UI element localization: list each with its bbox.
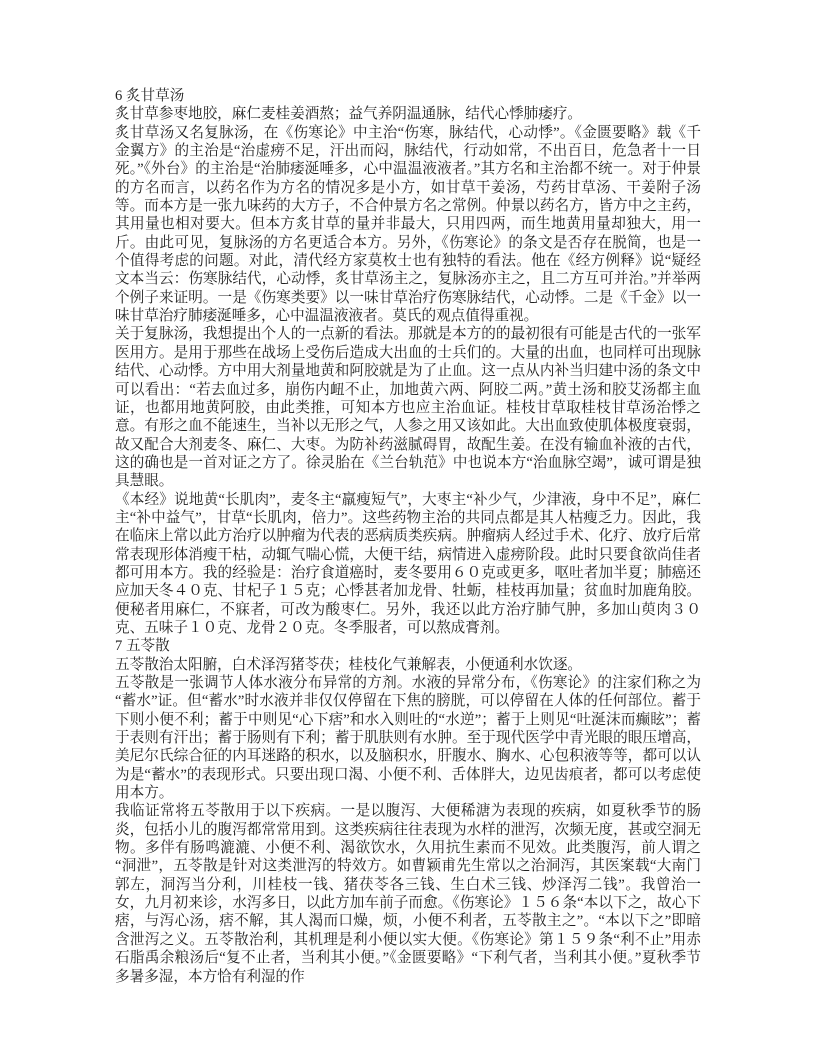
paragraph: 五苓散是一张调节人体水液分布异常的方剂。水液的异常分布，《伤寒论》的注家们称之为… [115, 674, 701, 802]
paragraph: 我临证常将五苓散用于以下疾病。一是以腹泻、大便稀溏为表现的疾病，如夏秋季节的肠炎… [115, 802, 701, 985]
formula-verse: 五苓散治太阳腑，白术泽泻猪苓茯；桂枝化气兼解表，小便通利水饮逐。 [115, 656, 701, 674]
paragraph: 《本经》说地黄“长肌肉”，麦冬主“羸瘦短气”，大枣主“补少气，少津液，身中不足”… [115, 491, 701, 638]
section-zhigancao-tang: 6 炙甘草汤 炙甘草参枣地胶，麻仁麦桂姜酒熬；益气养阴温通脉，结代心悸肺痿疗。 … [115, 87, 701, 637]
document-page: 6 炙甘草汤 炙甘草参枣地胶，麻仁麦桂姜酒熬；益气养阴温通脉，结代心悸肺痿疗。 … [0, 0, 816, 1056]
paragraph: 关于复脉汤，我想提出个人的一点新的看法。那就是本方的的最初很有可能是古代的一张军… [115, 325, 701, 490]
section-wuling-san: 7 五苓散 五苓散治太阳腑，白术泽泻猪苓茯；桂枝化气兼解表，小便通利水饮逐。 五… [115, 637, 701, 986]
paragraph: 炙甘草汤又名复脉汤，在《伤寒论》中主治“伤寒，脉结代，心动悸”。《金匮要略》载《… [115, 124, 701, 326]
formula-verse: 炙甘草参枣地胶，麻仁麦桂姜酒熬；益气养阴温通脉，结代心悸肺痿疗。 [115, 105, 701, 123]
section-heading: 7 五苓散 [115, 637, 701, 655]
section-heading: 6 炙甘草汤 [115, 87, 701, 105]
